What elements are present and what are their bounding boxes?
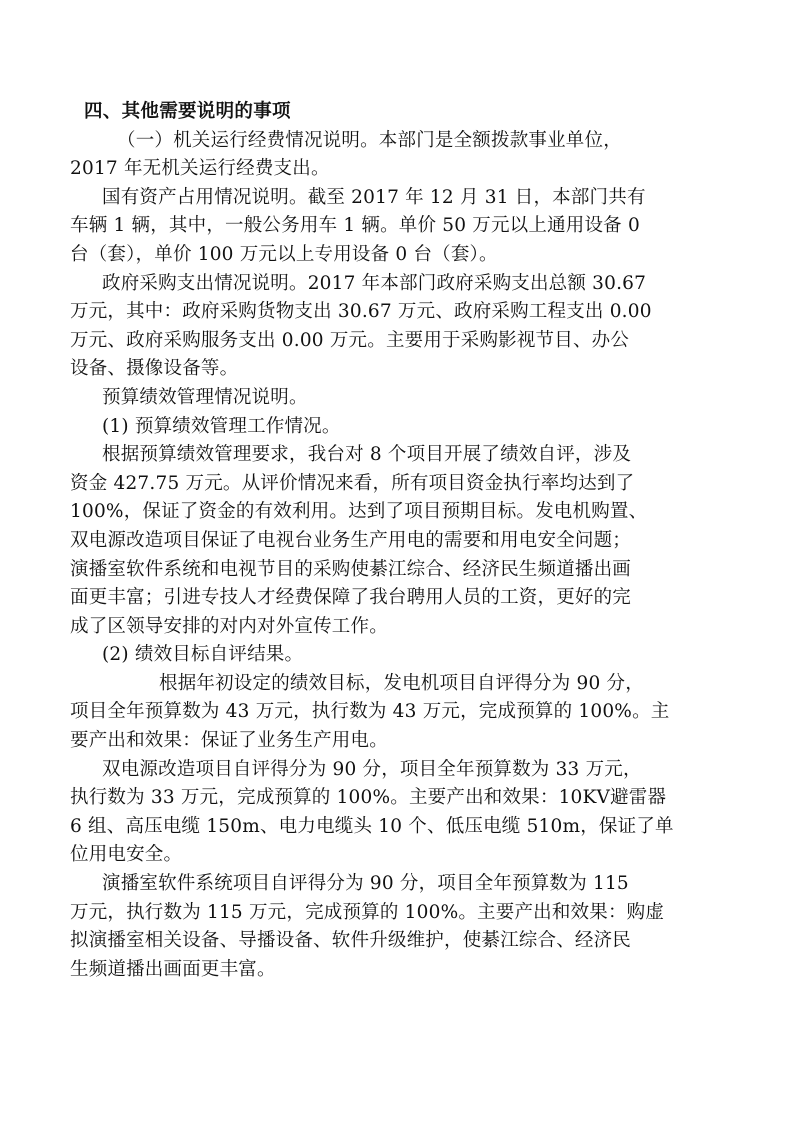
text-line: 项目全年预算数为 43 万元，执行数为 43 万元，完成预算的 100%。主 [70, 698, 730, 727]
text-line: 根据年初设定的绩效目标，发电机项目自评得分为 90 分， [70, 670, 730, 699]
text-line: 国有资产占用情况说明。截至 2017 年 12 月 31 日，本部门共有 [70, 184, 730, 213]
paragraph: (1) 预算绩效管理工作情况。 [70, 413, 730, 442]
paragraph: 预算绩效管理情况说明。 [70, 384, 730, 413]
text-line: 设备、摄像设备等。 [70, 355, 730, 384]
text-line: 演播室软件系统和电视节目的采购使綦江综合、经济民生频道播出画 [70, 556, 730, 585]
paragraph: 政府采购支出情况说明。2017 年本部门政府采购支出总额 30.67万元，其中：… [70, 270, 730, 384]
paragraph: 演播室软件系统项目自评得分为 90 分，项目全年预算数为 115万元，执行数为 … [70, 870, 730, 984]
document-page: 四、其他需要说明的事项 （一）机关运行经费情况说明。本部门是全额拨款事业单位，2… [70, 98, 730, 984]
text-line: 台（套），单价 100 万元以上专用设备 0 台（套）。 [70, 241, 730, 270]
text-line: 双电源改造项目保证了电视台业务生产用电的需要和用电安全问题； [70, 527, 730, 556]
text-line: 要产出和效果：保证了业务生产用电。 [70, 727, 730, 756]
text-line: (1) 预算绩效管理工作情况。 [70, 413, 730, 442]
paragraph: 双电源改造项目自评得分为 90 分，项目全年预算数为 33 万元，执行数为 33… [70, 756, 730, 870]
text-line: 演播室软件系统项目自评得分为 90 分，项目全年预算数为 115 [70, 870, 730, 899]
text-line: 万元，其中：政府采购货物支出 30.67 万元、政府采购工程支出 0.00 [70, 298, 730, 327]
paragraph: 根据年初设定的绩效目标，发电机项目自评得分为 90 分，项目全年预算数为 43 … [70, 670, 730, 756]
section-heading: 四、其他需要说明的事项 [84, 98, 730, 127]
text-line: 成了区领导安排的对内对外宣传工作。 [70, 613, 730, 642]
text-line: 生频道播出画面更丰富。 [70, 956, 730, 985]
text-line: 双电源改造项目自评得分为 90 分，项目全年预算数为 33 万元， [70, 756, 730, 785]
paragraph: 国有资产占用情况说明。截至 2017 年 12 月 31 日，本部门共有车辆 1… [70, 184, 730, 270]
text-line: 拟演播室相关设备、导播设备、软件升级维护，使綦江综合、经济民 [70, 927, 730, 956]
text-line: 2017 年无机关运行经费支出。 [70, 155, 730, 184]
text-line: 万元、政府采购服务支出 0.00 万元。主要用于采购影视节目、办公 [70, 327, 730, 356]
text-line: 位用电安全。 [70, 841, 730, 870]
document-body: （一）机关运行经费情况说明。本部门是全额拨款事业单位，2017 年无机关运行经费… [70, 127, 730, 985]
text-line: 预算绩效管理情况说明。 [70, 384, 730, 413]
text-line: 政府采购支出情况说明。2017 年本部门政府采购支出总额 30.67 [70, 270, 730, 299]
paragraph: （一）机关运行经费情况说明。本部门是全额拨款事业单位，2017 年无机关运行经费… [70, 127, 730, 184]
text-line: 执行数为 33 万元，完成预算的 100%。主要产出和效果：10KV避雷器 [70, 784, 730, 813]
text-line: 资金 427.75 万元。从评价情况来看，所有项目资金执行率均达到了 [70, 470, 730, 499]
text-line: 面更丰富；引进专技人才经费保障了我台聘用人员的工资，更好的完 [70, 584, 730, 613]
text-line: (2) 绩效目标自评结果。 [70, 641, 730, 670]
text-line: 100%，保证了资金的有效利用。达到了项目预期目标。发电机购置、 [70, 498, 730, 527]
text-line: （一）机关运行经费情况说明。本部门是全额拨款事业单位， [70, 127, 730, 156]
text-line: 车辆 1 辆，其中，一般公务用车 1 辆。单价 50 万元以上通用设备 0 [70, 212, 730, 241]
paragraph: 根据预算绩效管理要求，我台对 8 个项目开展了绩效自评，涉及资金 427.75 … [70, 441, 730, 641]
text-line: 根据预算绩效管理要求，我台对 8 个项目开展了绩效自评，涉及 [70, 441, 730, 470]
text-line: 6 组、高压电缆 150m、电力电缆头 10 个、低压电缆 510m，保证了单 [70, 813, 730, 842]
paragraph: (2) 绩效目标自评结果。 [70, 641, 730, 670]
text-line: 万元，执行数为 115 万元，完成预算的 100%。主要产出和效果：购虚 [70, 899, 730, 928]
